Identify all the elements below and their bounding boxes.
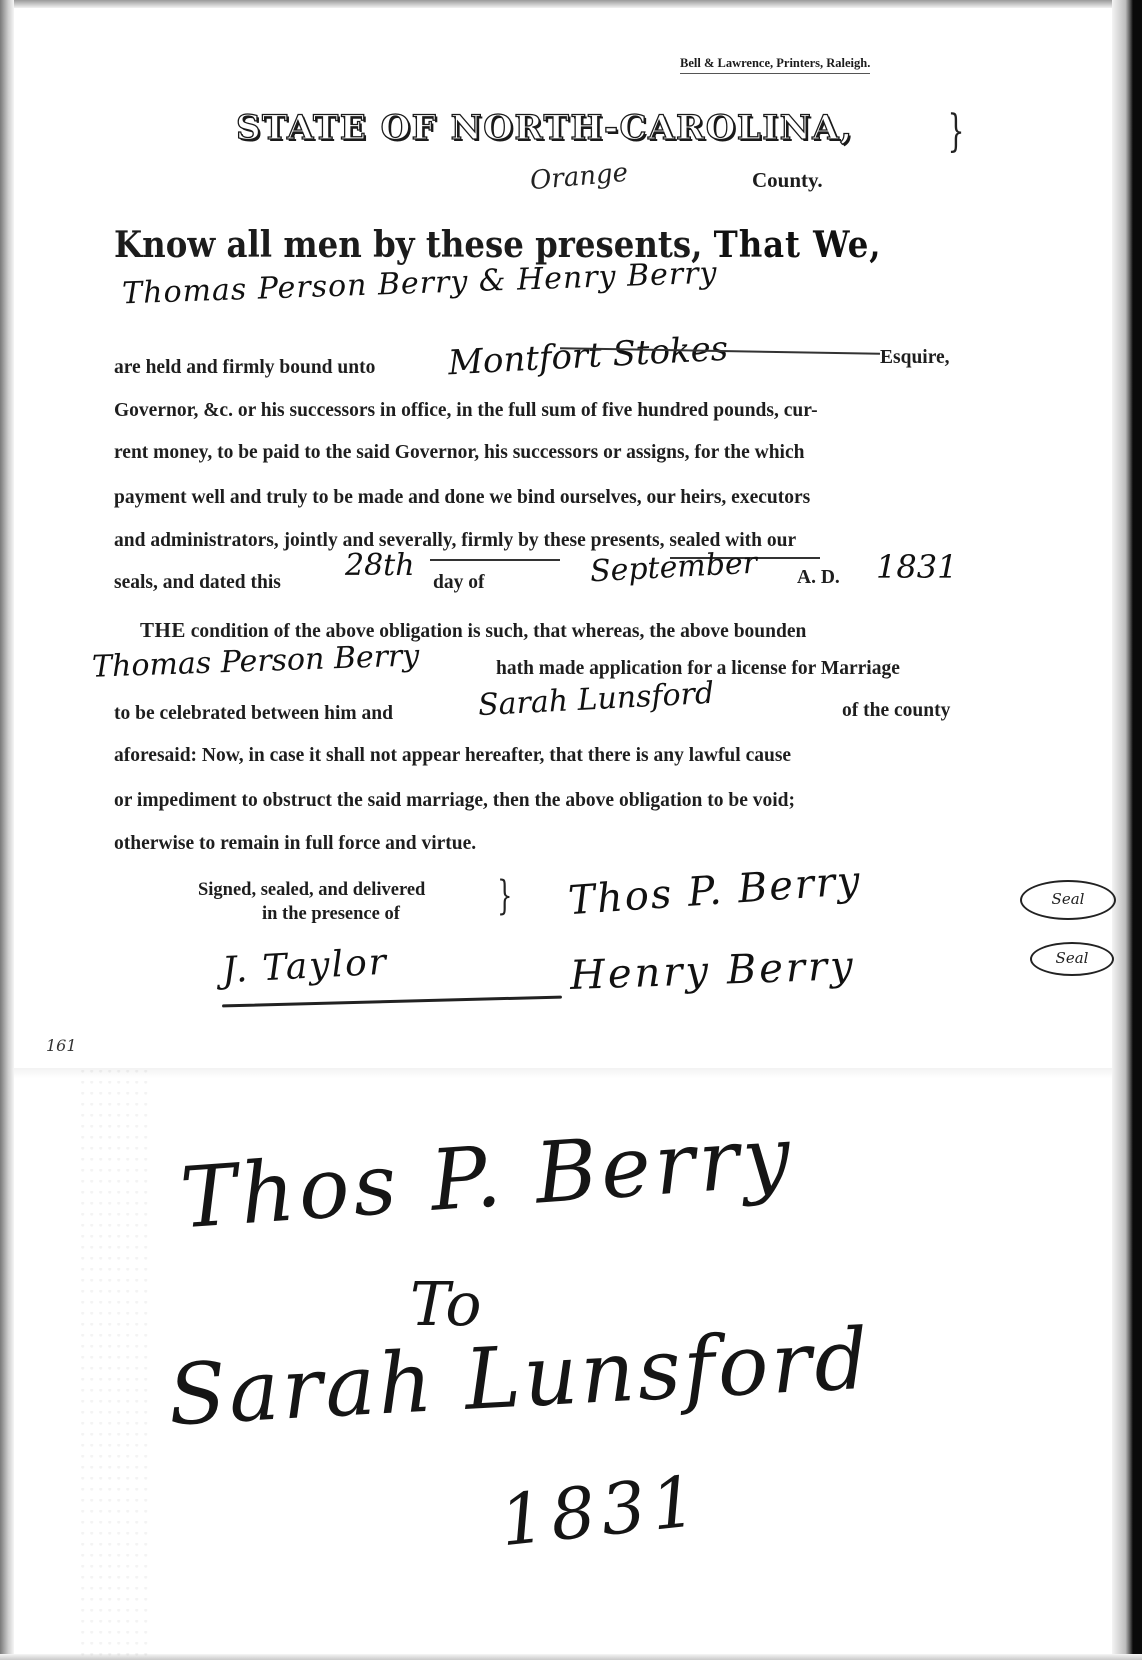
date-line-mid: day of: [433, 572, 484, 594]
opening-clause: Know all men by these presents, That We,: [114, 224, 881, 266]
condition-line-5: or impediment to obstruct the said marri…: [114, 790, 795, 812]
page-fold: [14, 1068, 1112, 1078]
condition-caps: THE: [140, 618, 186, 642]
condition-line-3-suffix: of the county: [842, 700, 950, 722]
printer-imprint: Bell & Lawrence, Printers, Raleigh.: [680, 56, 870, 74]
month-handwritten: September: [589, 546, 758, 590]
year-handwritten: 1831: [876, 548, 957, 586]
condition-text: condition of the above obligation is suc…: [191, 621, 807, 642]
signature-witness: J. Taylor: [221, 942, 389, 992]
county-handwritten: Orange: [529, 158, 629, 196]
attestation-line-2: in the presence of: [262, 904, 400, 925]
seal-mark: Seal: [1030, 942, 1114, 976]
condition-line-3-prefix: to be celebrated between him and: [114, 703, 393, 725]
state-title: STATE OF NORTH-CAROLINA,: [236, 108, 853, 148]
scan-left-border: [0, 0, 14, 1660]
governor-handwritten: Montfort Stokes: [447, 329, 729, 384]
attestation-line-1: Signed, sealed, and delivered: [198, 880, 425, 901]
date-line-prefix: seals, and dated this: [114, 572, 281, 594]
scan-top-border: [0, 0, 1142, 8]
condition-line-4: aforesaid: Now, in case it shall not app…: [114, 745, 791, 767]
folio-number: 161: [46, 1036, 77, 1055]
anno-domini-label: A. D.: [797, 567, 840, 589]
groom-handwritten: Thomas Person Berry: [91, 638, 419, 684]
docket-bride: Sarah Lunsford: [166, 1310, 874, 1445]
county-label: County.: [752, 168, 823, 193]
bond-line-3: rent money, to be paid to the said Gover…: [114, 442, 804, 464]
witness-flourish: [222, 996, 562, 1008]
day-handwritten: 28th: [345, 548, 415, 583]
brace-decoration: }: [948, 110, 965, 154]
docket-year: 1831: [496, 1460, 706, 1563]
bride-handwritten: Sarah Lunsford: [477, 676, 715, 723]
signature-groom: Thos P. Berry: [567, 858, 863, 924]
paper-speckle: [80, 1070, 150, 1660]
bond-line-1: are held and firmly bound unto: [114, 357, 375, 379]
signature-surety: Henry Berry: [569, 943, 856, 999]
underline-mark: [430, 559, 560, 561]
condition-line-6: otherwise to remain in full force and vi…: [114, 833, 476, 855]
scan-right-border: [1112, 0, 1142, 1660]
scan-bottom-border: [0, 1654, 1142, 1660]
brace-decoration: }: [497, 876, 512, 916]
bond-line-2: Governor, &c. or his successors in offic…: [114, 400, 818, 422]
esquire-label: Esquire,: [880, 347, 950, 369]
docket-groom: Thos P. Berry: [177, 1107, 797, 1248]
condition-line-1: THE condition of the above obligation is…: [140, 618, 806, 643]
bond-line-4: payment well and truly to be made and do…: [114, 487, 810, 509]
seal-mark: Seal: [1020, 880, 1116, 920]
opening-blackletter: That We,: [714, 224, 882, 266]
